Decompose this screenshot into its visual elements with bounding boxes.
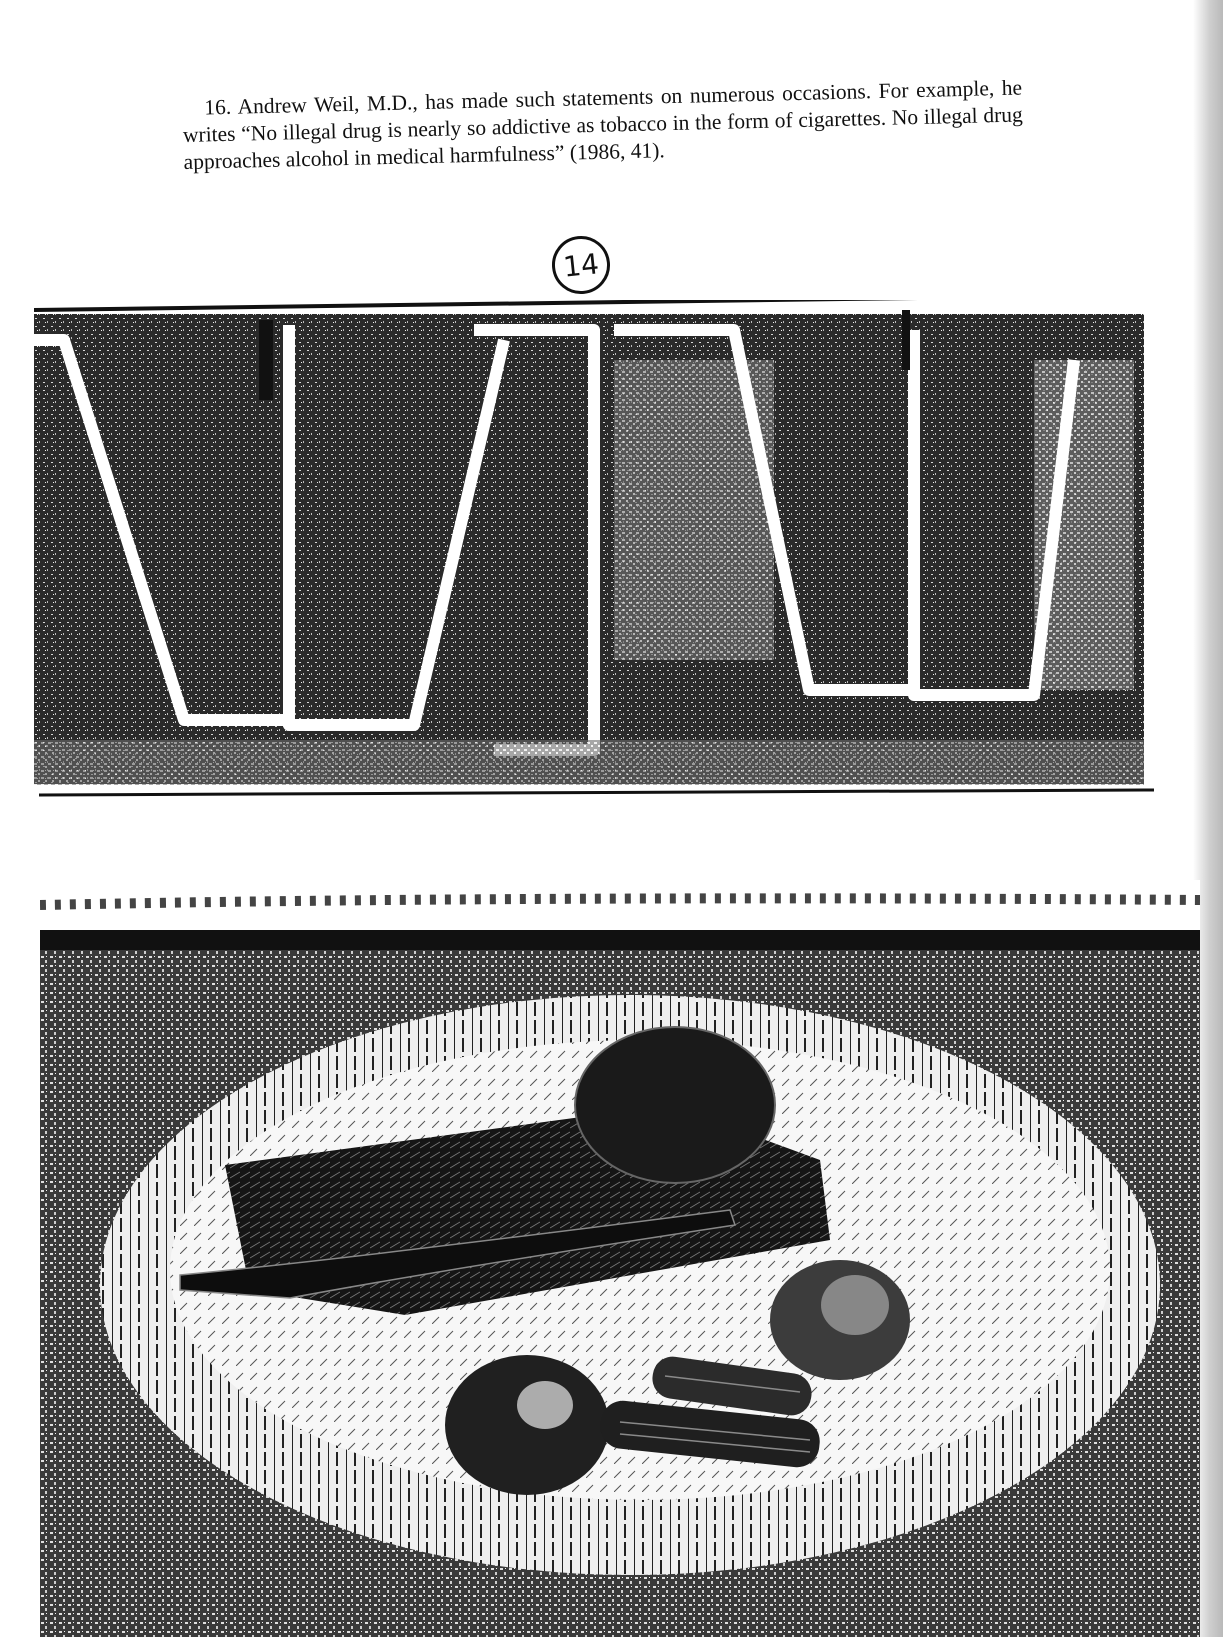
basket-photo-graphic (40, 820, 1200, 1637)
handwritten-page-number: 14 (549, 233, 613, 297)
footnote-text: Andrew Weil, M.D., has made such stateme… (183, 75, 1023, 173)
top-photograph (34, 300, 1194, 805)
footnote-paragraph: 16. Andrew Weil, M.D., has made such sta… (182, 74, 1024, 175)
footnote: 16. Andrew Weil, M.D., has made such sta… (182, 74, 1024, 175)
grille-photo-graphic (34, 300, 1194, 805)
page-number-text: 14 (562, 247, 601, 284)
bottom-photograph (40, 820, 1200, 1637)
footnote-number: 16. (204, 95, 231, 120)
